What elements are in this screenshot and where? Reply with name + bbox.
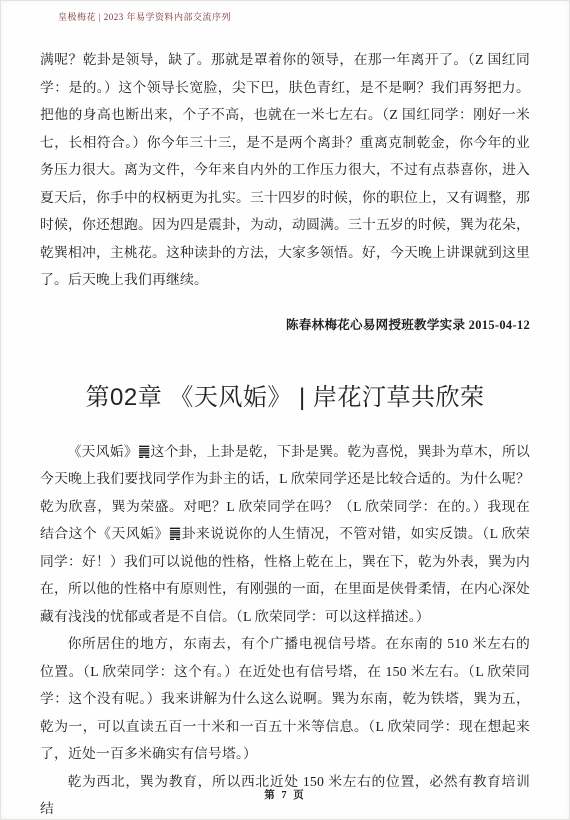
- document-series-header: 皇极梅花 | 2023 年易学资料内部交流序列: [58, 10, 231, 23]
- lecture-attribution-line: 陈春林梅花心易网授班教学实录 2015-04-12: [40, 315, 530, 333]
- chapter-title: 第02章 《天风姤》 | 岸花汀草共欣荣: [40, 377, 530, 412]
- paragraph-signal-tower: 你所居住的地方，东南去，有个广播电视信号塔。在东南的 510 米左右的位置。（L…: [40, 630, 530, 768]
- scanned-document-page: { "colors": { "header_accent": "#7b3434"…: [0, 0, 570, 820]
- page-content: 满呢？乾卦是领导，缺了。那就是罩着你的领导，在那一年离开了。（Z 国红同学：是的…: [40, 46, 530, 820]
- page-number: 第 7 页: [0, 787, 570, 802]
- paragraph-lecture-conclusion: 满呢？乾卦是领导，缺了。那就是罩着你的领导，在那一年离开了。（Z 国红同学：是的…: [40, 46, 530, 294]
- paragraph-hexagram-intro: 《天风姤》䷫这个卦，上卦是乾，下卦是巽。乾为喜悦，巽卦为草木，所以今天晚上我们要…: [40, 438, 530, 631]
